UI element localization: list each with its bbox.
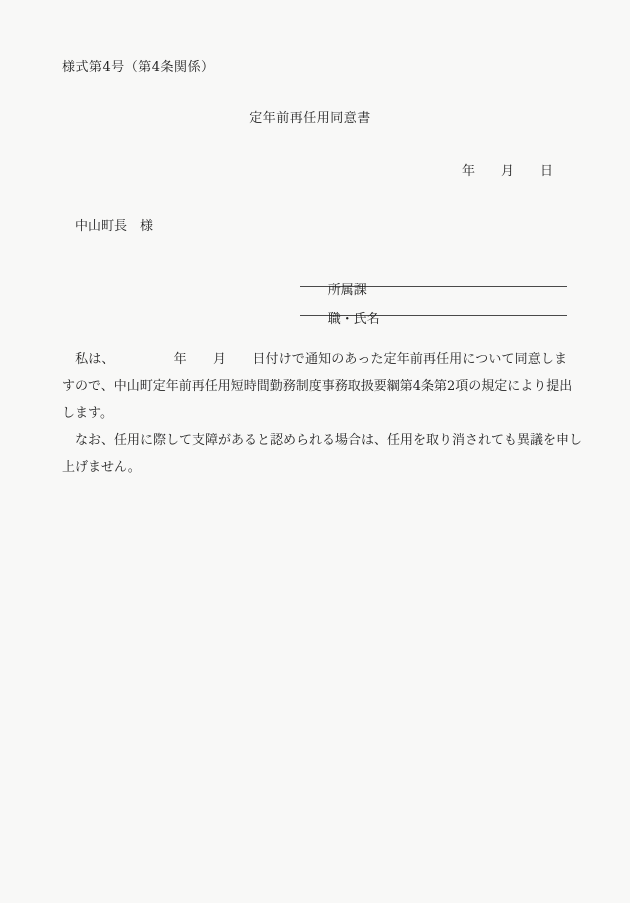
document-page: 様式第4号（第4条関係） 定年前再任用同意書 年 月 日 中山町長 様 所属課 … (0, 0, 630, 903)
date-line: 年 月 日 (462, 164, 553, 180)
field-department-row: 所属課 (300, 268, 567, 287)
body-line-5: 上げません。 (62, 454, 567, 481)
signature-fields: 所属課 職・氏名 (300, 268, 567, 326)
body-line-4: なお、任用に際して支障があると認められる場合は、任用を取り消されても異議を申し (62, 427, 567, 454)
body-text: 私は、 年 月 日付けで通知のあった定年前再任用について同意しま すので、中山町… (62, 346, 567, 481)
field-department-label: 所属課 (328, 283, 367, 298)
field-title-name-label: 職・氏名 (328, 312, 380, 327)
addressee-line: 中山町長 様 (62, 219, 153, 235)
field-title-name-row: 職・氏名 (300, 297, 567, 316)
body-line-2: すので、中山町定年前再任用短時間勤務制度事務取扱要綱第4条第2項の規定により提出 (62, 373, 567, 400)
form-number: 様式第4号（第4条関係） (62, 60, 215, 76)
body-line-1: 私は、 年 月 日付けで通知のあった定年前再任用について同意しま (62, 346, 567, 373)
document-title: 定年前再任用同意書 (0, 111, 620, 127)
body-line-3: します。 (62, 400, 567, 427)
